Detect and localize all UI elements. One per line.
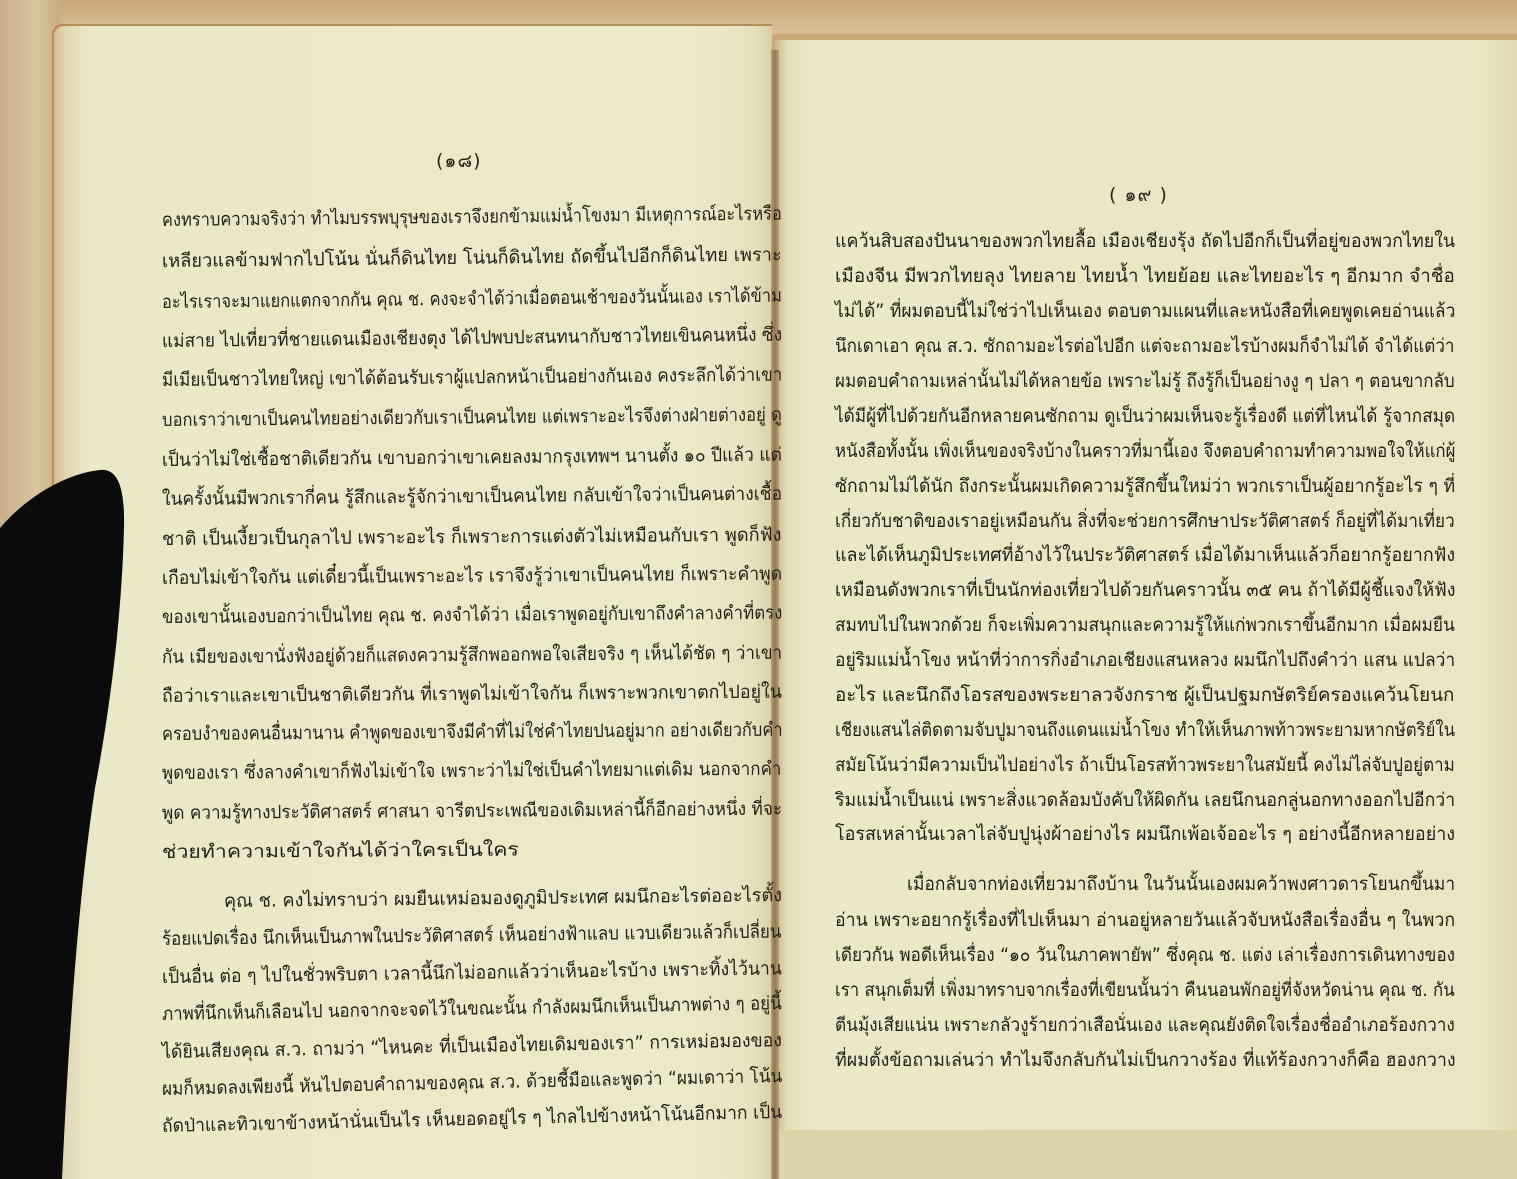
text-line: อะไร และนึกถึงโอรสของพระยาลวจังกราช ผู้เ… xyxy=(835,681,1454,710)
text-line: ตีนมุ้งเสียแน่น เพราะกลัวงูร้ายกว่าเสือน… xyxy=(835,1011,1455,1040)
text-line: ในครั้งนั้นมีพวกเรากี่คน รู้สึกและรู้จัก… xyxy=(162,480,782,514)
text-line: ถือว่าเราและเขาเป็นชาติเดียวกัน ที่เราพู… xyxy=(162,678,782,711)
text-line: เป็นอื่น ต่อ ๆ ไปในชั่วพริบตา เวลานี้นึก… xyxy=(162,954,782,992)
text-line: ภาพที่นึกเห็นก็เลือนไป นอกจากจะจดไว้ในขณ… xyxy=(162,989,782,1029)
black-cloth-holding-page xyxy=(0,468,130,1179)
text-line: สมทบไปในพวกด้วย ก็จะเพิ่มความสนุกและความ… xyxy=(835,611,1455,640)
text-line: ผมก็หมดลงเพียงนี้ หันไปตอบคำถามของคุณ ส.… xyxy=(162,1062,783,1104)
text-line: คงทราบความจริงว่า ทำไมบรรพบุรุษของเราจึง… xyxy=(162,200,782,235)
text-line: หนังสือทั้งนั้น เพิ่งเห็นของจริงบ้างในคร… xyxy=(835,437,1455,466)
text-line: ที่ผมตั้งข้อถามเล่นว่า ทำไมจึงกลับกันไม่… xyxy=(835,1046,1456,1075)
text-line: มีเมียเป็นชาวไทยใหญ่ เขาได้ต้อนรับเราผู้… xyxy=(162,361,783,395)
text-line: ได้มีผู้ที่ไปด้วยกันอีกหลายคนซักถาม ดูเป… xyxy=(835,402,1455,431)
text-line: เรา สนุกเต็มที่ เพิ่งมาทราบจากเรื่องที่เ… xyxy=(835,976,1455,1005)
text-line: ชาติ เป็นเงี้ยวเป็นกุลาไป เพราะอะไร ก็เพ… xyxy=(162,521,782,554)
text-line: ช่วยทำความเข้าใจกันได้ว่าใครเป็นใคร xyxy=(162,836,519,867)
text-line: อะไรเราจะมาแยกแตกจากกัน คุณ ช. คงจะจำได้… xyxy=(162,282,782,317)
text-line: เกือบไม่เข้าใจกัน แต่เดี๋ยวนี้เป็นเพราะอ… xyxy=(162,560,782,593)
text-line: พูด ความรู้ทางประวัติศาสตร์ ศาสนา จารีตป… xyxy=(162,795,782,828)
text-line: เหมือนดังพวกเราที่เป็นนักท่องเที่ยวไปด้ว… xyxy=(835,576,1455,605)
text-line: ครอบงำของคนอื่นมานาน คำพูดของเขาจึงมีคำท… xyxy=(162,716,783,749)
paragraph-start-line: คุณ ช. คงไม่ทราบว่า ผมยืนเหม่อมองดูภูมิป… xyxy=(224,881,782,916)
text-line: ถัดป่าและทิวเขาข้างหน้านั่นเป็นไร เห็นยอ… xyxy=(162,1098,783,1141)
text-line: บอกเราว่าเขาเป็นคนไทยอย่างเดียวกับเราเป็… xyxy=(162,401,782,435)
text-line: เกี่ยวกับชาติของเราอยู่เหมือนกัน สิ่งที่… xyxy=(835,507,1455,536)
text-line: เป็นว่าไม่ใช่เชื้อชาติเดียวกัน เขาบอกว่า… xyxy=(162,441,782,475)
text-line: นึกเดาเอา คุณ ส.ว. ซักถามอะไรต่อไปอีก แต… xyxy=(835,332,1454,361)
text-line: ริมแม่น้ำเป็นแน่ เพราะสิ่งแวดล้อมบังคับใ… xyxy=(835,786,1455,815)
text-line: ของเขานั้นเองบอกว่าเป็นไทย คุณ ช. คงจำได… xyxy=(162,599,783,632)
text-line: ซักถามไม่ได้นัก ถึงกระนั้นผมเกิดความรู้ส… xyxy=(835,472,1455,501)
left-page-body: คงทราบความจริงว่า ทำไมบรรพบุรุษของเราจึง… xyxy=(162,0,782,1179)
text-line: ร้อยแปดเรื่อง นึกเห็นเป็นภาพในประวัติศาส… xyxy=(162,917,782,954)
text-line: แม่สาย ไปเที่ยวที่ชายแดนเมืองเชียงตุง ได… xyxy=(162,321,782,356)
text-line: พูดของเรา ซึ่งลางคำเขาก็ฟังไม่เข้าใจ เพร… xyxy=(162,755,782,788)
text-line: ผมตอบคำถามเหล่านั้นไม่ได้หลายข้อ เพราะไม… xyxy=(835,367,1455,396)
text-line: กัน เมียของเขานั่งฟังอยู่ด้วยก็แสดงความร… xyxy=(162,639,782,672)
text-line: อยู่ริมแม่น้ำโขง หน้าที่ว่าการกิ่งอำเภอเ… xyxy=(835,646,1455,675)
text-line: แคว้นสิบสองปันนาของพวกไทยลื้อ เมืองเชียง… xyxy=(835,227,1455,256)
text-line: โอรสเหล่านั้นเวลาไล่จับปูนุ่งผ้าอย่างไร … xyxy=(835,820,1455,849)
text-line: ได้ยินเสียงคุณ ส.ว. ถามว่า “ไหนคะ ที่เป็… xyxy=(162,1026,782,1067)
text-line: ไม่ได้” ที่ผมตอบนี้ไม่ใช่ว่าไปเห็นเอง ตอ… xyxy=(835,297,1455,326)
text-line: เชียงแสนไล่ติดตามจับปูมาจนถึงแดนแม่น้ำโข… xyxy=(835,716,1455,745)
text-line: เดียวกัน พอดีเห็นเรื่อง “๑๐ วันในภาคพายั… xyxy=(835,941,1455,970)
text-line: เมืองจีน มีพวกไทยลุง ไทยลาย ไทยน้ำ ไทยย้… xyxy=(835,262,1455,291)
text-line: และได้เห็นภูมิประเทศที่อ้างไว้ในประวัติศ… xyxy=(835,541,1455,570)
text-line: สมัยโน้นว่ามีความเป็นไปอย่างไร ถ้าเป็นโอ… xyxy=(835,751,1455,780)
text-line: อ่าน เพราะอยากรู้เรื่องที่ไปเห็นมา อ่านอ… xyxy=(835,906,1455,935)
right-page-body: แคว้นสิบสองปันนาของพวกไทยลื้อ เมืองเชียง… xyxy=(835,0,1455,1179)
text-line: เหลียวแลข้ามฟากไปโน้น นั่นก็ดินไทย โน่นก… xyxy=(162,241,782,276)
paragraph-start-line: เมื่อกลับจากท่องเที่ยวมาถึงบ้าน ในวันนั้… xyxy=(907,870,1455,899)
